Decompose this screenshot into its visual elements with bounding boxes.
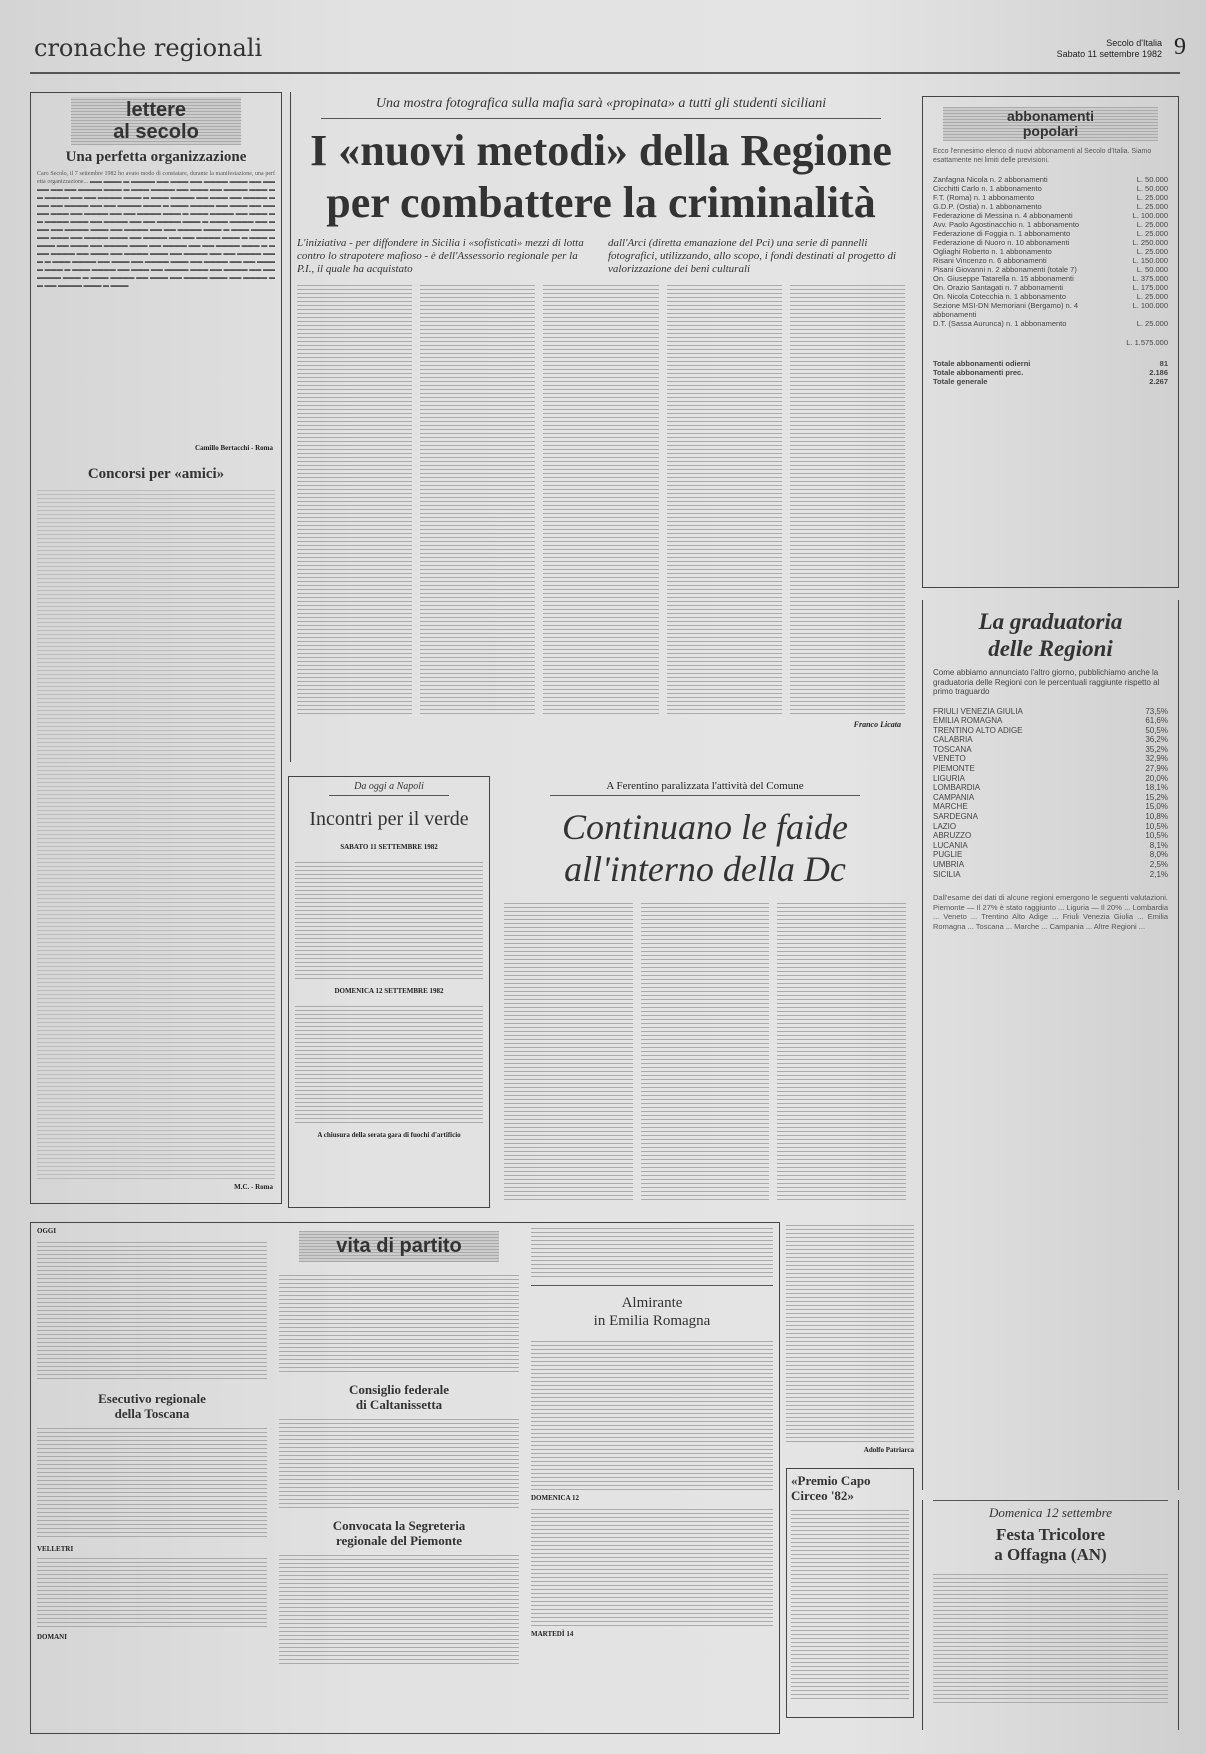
almirante-top-body xyxy=(531,1227,773,1277)
caltanissetta-title-line1: Consiglio federale xyxy=(279,1382,519,1397)
subscriptions-list: Zanfagna Nicola n. 2 abbonamentiL. 50.00… xyxy=(933,175,1168,328)
paper-name: Secolo d'Italia xyxy=(1057,38,1162,49)
napoli-title: Incontri per il verde xyxy=(289,808,489,831)
total-value: 2.267 xyxy=(1149,377,1168,386)
notices-oggi: OGGI xyxy=(37,1227,267,1235)
almirante-title-line2: in Emilia Romagna xyxy=(531,1312,773,1330)
subscriptions-totals: Totale abbonamenti odierni81Totale abbon… xyxy=(933,359,1168,386)
lead-deck-right: dall'Arci (diretta emanazione del Pci) u… xyxy=(608,237,905,276)
premio-title-line1: «Premio Capo xyxy=(791,1473,909,1488)
issue-date: Sabato 11 settembre 1982 xyxy=(1057,49,1162,60)
piemonte-title-line1: Convocata la Segreteria xyxy=(279,1518,519,1533)
subscription-row: Ogliaghi Roberto n. 1 abbonamentoL. 25.0… xyxy=(933,247,1168,256)
region-name: FRIULI VENEZIA GIULIA xyxy=(933,707,1023,717)
lead-headline-line1: I «nuovi metodi» della Regione xyxy=(291,125,911,177)
subscription-row: On. Orazio Santagati n. 7 abbonamentiL. … xyxy=(933,283,1168,292)
lead-col-5 xyxy=(790,284,905,714)
region-pct: 36,2% xyxy=(1145,735,1168,745)
letter2-signature: M.C. - Roma xyxy=(31,1183,273,1191)
ranking-title-line2: delle Regioni xyxy=(923,635,1178,662)
subscriptions-box: abbonamenti popolari Ecco l'ennesimo ele… xyxy=(922,96,1179,588)
region-name: PUGLIE xyxy=(933,850,962,860)
ranking-row: EMILIA ROMAGNA61,6% xyxy=(933,716,1168,726)
region-name: LIGURIA xyxy=(933,774,965,784)
ferentino-col-2 xyxy=(641,900,770,1200)
subscription-name: Sezione MSI-DN Memoriani (Bergamo) n. 4 … xyxy=(933,301,1093,319)
page-number: 9 xyxy=(1174,34,1186,61)
total-label: Totale generale xyxy=(933,377,987,386)
subscription-row: Pisani Giovanni n. 2 abbonamenti (totale… xyxy=(933,265,1168,274)
region-name: LOMBARDIA xyxy=(933,783,980,793)
masthead-rule xyxy=(30,72,1180,74)
letter1-title: Una perfetta organizzazione xyxy=(51,149,261,166)
subscription-amount: L. 100.000 xyxy=(1133,211,1168,220)
subscription-name: D.T. (Sassa Aurunca) n. 1 abbonamento xyxy=(933,319,1066,328)
ranking-row: SICILIA2,1% xyxy=(933,870,1168,880)
subscription-name: Zanfagna Nicola n. 2 abbonamenti xyxy=(933,175,1048,184)
subscription-name: Federazione di Messina n. 4 abbonamenti xyxy=(933,211,1073,220)
subscriptions-intro: Ecco l'ennesimo elenco di nuovi abboname… xyxy=(933,147,1168,165)
ranking-row: LIGURIA20,0% xyxy=(933,774,1168,784)
lead-headline-line2: per combattere la criminalità xyxy=(291,177,911,229)
toscana-title: Esecutivo regionale della Toscana xyxy=(37,1391,267,1421)
ferentino-headline: Continuano le faide all'interno della Dc xyxy=(500,806,910,890)
napoli-kicker: Da oggi a Napoli xyxy=(329,781,449,796)
subscription-amount: L. 25.000 xyxy=(1137,292,1168,301)
almirante-body xyxy=(531,1340,773,1490)
toscana-body xyxy=(37,1427,267,1537)
festa-program xyxy=(933,1573,1168,1703)
almirante-martedi: MARTEDÌ 14 xyxy=(531,1630,773,1638)
subscription-name: Risani Vincenzo n. 6 abbonamenti xyxy=(933,256,1047,265)
subscription-name: Ogliaghi Roberto n. 1 abbonamento xyxy=(933,247,1052,256)
region-name: LAZIO xyxy=(933,822,956,832)
napoli-program1 xyxy=(295,859,483,979)
subscription-name: Pisani Giovanni n. 2 abbonamenti (totale… xyxy=(933,265,1077,274)
festa-section: Domenica 12 settembre Festa Tricolore a … xyxy=(922,1500,1179,1730)
region-pct: 50,5% xyxy=(1145,726,1168,736)
festa-kicker: Domenica 12 settembre xyxy=(933,1500,1168,1521)
region-pct: 2,1% xyxy=(1150,870,1168,880)
lead-article: Una mostra fotografica sulla mafia sarà … xyxy=(290,92,911,762)
subscription-name: On. Nicola Cotecchia n. 1 abbonamento xyxy=(933,292,1066,301)
subscription-total-row: Totale generale2.267 xyxy=(933,377,1168,386)
napoli-box: Da oggi a Napoli Incontri per il verde S… xyxy=(288,776,490,1208)
notices-column: OGGI Esecutivo regionale della Toscana V… xyxy=(37,1227,267,1727)
ranking-commentary: Dall'esame dei dati di alcune regioni em… xyxy=(933,893,1168,1323)
total-value: 2.186 xyxy=(1149,368,1168,377)
subscription-row: On. Nicola Cotecchia n. 1 abbonamentoL. … xyxy=(933,292,1168,301)
subscription-amount: L. 100.000 xyxy=(1133,301,1168,319)
subscriptions-total-amount: L. 1.575.000 xyxy=(1126,338,1168,347)
subscriptions-header: abbonamenti popolari xyxy=(943,107,1158,141)
ranking-row: VENETO32,9% xyxy=(933,754,1168,764)
ranking-title: La graduatoria delle Regioni xyxy=(923,608,1178,662)
patriarca-signature: Adolfo Patriarca xyxy=(786,1446,914,1454)
region-name: SARDEGNA xyxy=(933,812,978,822)
region-pct: 8,1% xyxy=(1150,841,1168,851)
masthead-info: Secolo d'Italia Sabato 11 settembre 1982 xyxy=(1057,38,1162,60)
toscana-title-line1: Esecutivo regionale xyxy=(37,1391,267,1406)
subscription-amount: L. 250.000 xyxy=(1133,238,1168,247)
total-value: 81 xyxy=(1160,359,1168,368)
piemonte-body xyxy=(279,1554,519,1664)
subscription-amount: L. 375.000 xyxy=(1133,274,1168,283)
subscription-amount: L. 175.000 xyxy=(1133,283,1168,292)
napoli-closing: A chiusura della serata gara di fuochi d… xyxy=(289,1131,489,1139)
premio-title-line2: Circeo '82» xyxy=(791,1488,909,1503)
lead-deck-left: L'iniziativa - per diffondere in Sicilia… xyxy=(297,237,594,276)
ferentino-kicker: A Ferentino paralizzata l'attività del C… xyxy=(550,780,860,796)
napoli-day1: SABATO 11 SETTEMBRE 1982 xyxy=(289,843,489,851)
region-pct: 27,9% xyxy=(1145,764,1168,774)
subscription-total-row: Totale abbonamenti prec.2.186 xyxy=(933,368,1168,377)
premio-body xyxy=(791,1509,909,1699)
lead-col-2 xyxy=(420,284,535,714)
subscription-amount: L. 25.000 xyxy=(1137,193,1168,202)
subscription-name: Avv. Paolo Agostinacchio n. 1 abbonament… xyxy=(933,220,1079,229)
letters-box: lettere al secolo Una perfetta organizza… xyxy=(30,92,282,1204)
region-pct: 8,0% xyxy=(1150,850,1168,860)
piemonte-title-line2: regionale del Piemonte xyxy=(279,1533,519,1548)
region-name: ABRUZZO xyxy=(933,831,971,841)
subscription-row: Federazione di Nuoro n. 10 abbonamentiL.… xyxy=(933,238,1168,247)
ranking-row: LAZIO10,5% xyxy=(933,822,1168,832)
ferentino-body xyxy=(504,900,906,1200)
subscription-name: G.D.P. (Ostia) n. 1 abbonamento xyxy=(933,202,1042,211)
subscription-amount: L. 25.000 xyxy=(1137,319,1168,328)
subscription-row: Risani Vincenzo n. 6 abbonamentiL. 150.0… xyxy=(933,256,1168,265)
velletri-body xyxy=(37,1557,267,1627)
region-name: LUCANIA xyxy=(933,841,968,851)
vita-partito-column: vita di partito Consiglio federale di Ca… xyxy=(279,1227,519,1727)
almirante-title-line1: Almirante xyxy=(531,1294,773,1312)
premio-title: «Premio Capo Circeo '82» xyxy=(791,1473,909,1503)
subscription-row: G.D.P. (Ostia) n. 1 abbonamentoL. 25.000 xyxy=(933,202,1168,211)
letter1-body: Caro Secolo, il 7 settembre 1982 ho avut… xyxy=(37,170,275,440)
letters-header-line1: lettere xyxy=(71,99,241,121)
toscana-title-line2: della Toscana xyxy=(37,1406,267,1421)
ranking-intro: Come abbiamo annunciato l'altro giorno, … xyxy=(933,668,1168,697)
patriarca-column: Adolfo Patriarca «Premio Capo Circeo '82… xyxy=(786,1222,914,1732)
subscriptions-total: L. 1.575.000 xyxy=(933,338,1168,347)
subscription-name: On. Orazio Santagati n. 7 abbonamenti xyxy=(933,283,1063,292)
almirante-domenica: DOMENICA 12 xyxy=(531,1494,773,1502)
ranking-row: TOSCANA35,2% xyxy=(933,745,1168,755)
subscriptions-header-line2: popolari xyxy=(943,124,1158,139)
subscription-row: Zanfagna Nicola n. 2 abbonamentiL. 50.00… xyxy=(933,175,1168,184)
festa-title-line1: Festa Tricolore xyxy=(923,1525,1178,1545)
ranking-row: PIEMONTE27,9% xyxy=(933,764,1168,774)
subscription-name: Federazione di Nuoro n. 10 abbonamenti xyxy=(933,238,1069,247)
almirante-title: Almirante in Emilia Romagna xyxy=(531,1294,773,1330)
bottom-box: OGGI Esecutivo regionale della Toscana V… xyxy=(30,1222,780,1734)
total-label: Totale abbonamenti prec. xyxy=(933,368,1023,377)
caltanissetta-body xyxy=(279,1418,519,1508)
ranking-row: SARDEGNA10,8% xyxy=(933,812,1168,822)
subscription-name: F.T. (Roma) n. 1 abbonamento xyxy=(933,193,1034,202)
region-name: MARCHE xyxy=(933,802,968,812)
newspaper-page: cronache regionali Secolo d'Italia Sabat… xyxy=(0,0,1206,1754)
lead-signature: Franco Licata xyxy=(291,720,901,729)
subscription-amount: L. 50.000 xyxy=(1137,184,1168,193)
total-label: Totale abbonamenti odierni xyxy=(933,359,1030,368)
piemonte-title: Convocata la Segreteria regionale del Pi… xyxy=(279,1518,519,1548)
lead-col-4 xyxy=(667,284,782,714)
subscription-row: Sezione MSI-DN Memoriani (Bergamo) n. 4 … xyxy=(933,301,1168,319)
subscription-row: Cicchitti Carlo n. 1 abbonamentoL. 50.00… xyxy=(933,184,1168,193)
region-pct: 15,2% xyxy=(1145,793,1168,803)
patriarca-body xyxy=(786,1222,914,1442)
lead-headline: I «nuovi metodi» della Regione per comba… xyxy=(291,125,911,229)
region-pct: 61,6% xyxy=(1145,716,1168,726)
ranking-row: TRENTINO ALTO ADIGE50,5% xyxy=(933,726,1168,736)
region-pct: 32,9% xyxy=(1145,754,1168,764)
region-name: UMBRIA xyxy=(933,860,964,870)
ranking-row: CAMPANIA15,2% xyxy=(933,793,1168,803)
region-pct: 73,5% xyxy=(1145,707,1168,717)
region-pct: 2,5% xyxy=(1150,860,1168,870)
ferentino-article: A Ferentino paralizzata l'attività del C… xyxy=(500,776,910,1206)
region-pct: 20,0% xyxy=(1145,774,1168,784)
vita-partito-body xyxy=(279,1272,519,1372)
region-name: PIEMONTE xyxy=(933,764,975,774)
almirante-rule xyxy=(531,1285,773,1286)
ranking-row: CALABRIA36,2% xyxy=(933,735,1168,745)
festa-title: Festa Tricolore a Offagna (AN) xyxy=(923,1525,1178,1565)
ranking-row: PUGLIE8,0% xyxy=(933,850,1168,860)
subscription-amount: L. 25.000 xyxy=(1137,220,1168,229)
region-pct: 15,0% xyxy=(1145,802,1168,812)
festa-title-line2: a Offagna (AN) xyxy=(923,1545,1178,1565)
subscription-name: Federazione di Foggia n. 1 abbonamento xyxy=(933,229,1070,238)
subscription-total-row: Totale abbonamenti odierni81 xyxy=(933,359,1168,368)
letter2-body xyxy=(37,489,275,1179)
region-name: TOSCANA xyxy=(933,745,972,755)
subscription-row: Federazione di Messina n. 4 abbonamentiL… xyxy=(933,211,1168,220)
ranking-row: ABRUZZO10,5% xyxy=(933,831,1168,841)
ranking-row: FRIULI VENEZIA GIULIA73,5% xyxy=(933,707,1168,717)
region-name: TRENTINO ALTO ADIGE xyxy=(933,726,1023,736)
lead-col-3 xyxy=(543,284,658,714)
subscription-row: F.T. (Roma) n. 1 abbonamentoL. 25.000 xyxy=(933,193,1168,202)
region-name: EMILIA ROMAGNA xyxy=(933,716,1002,726)
napoli-day2: DOMENICA 12 SETTEMBRE 1982 xyxy=(289,987,489,995)
vita-partito-header: vita di partito xyxy=(299,1231,499,1262)
subscription-row: On. Giuseppe Tatarella n. 15 abbonamenti… xyxy=(933,274,1168,283)
subscription-amount: L. 25.000 xyxy=(1137,229,1168,238)
region-pct: 10,5% xyxy=(1145,831,1168,841)
ferentino-col-3 xyxy=(777,900,906,1200)
lead-kicker: Una mostra fotografica sulla mafia sarà … xyxy=(321,96,881,119)
subscription-row: Federazione di Foggia n. 1 abbonamentoL.… xyxy=(933,229,1168,238)
region-pct: 10,5% xyxy=(1145,822,1168,832)
almirante-domenica-body xyxy=(531,1506,773,1626)
ranking-section: La graduatoria delle Regioni Come abbiam… xyxy=(922,600,1179,1490)
caltanissetta-title-line2: di Caltanissetta xyxy=(279,1397,519,1412)
subscription-row: D.T. (Sassa Aurunca) n. 1 abbonamentoL. … xyxy=(933,319,1168,328)
region-name: CAMPANIA xyxy=(933,793,974,803)
letters-header: lettere al secolo xyxy=(71,97,241,145)
ferentino-headline-line1: Continuano le faide xyxy=(500,806,910,848)
ferentino-headline-line2: all'interno della Dc xyxy=(500,848,910,890)
ranking-title-line1: La graduatoria xyxy=(923,608,1178,635)
letter1-signature: Camillo Bertacchi - Roma xyxy=(31,444,273,452)
caltanissetta-title: Consiglio federale di Caltanissetta xyxy=(279,1382,519,1412)
subscription-amount: L. 50.000 xyxy=(1137,265,1168,274)
subscriptions-header-line1: abbonamenti xyxy=(943,109,1158,124)
subscription-row: Avv. Paolo Agostinacchio n. 1 abbonament… xyxy=(933,220,1168,229)
subscription-amount: L. 25.000 xyxy=(1137,202,1168,211)
subscription-name: Cicchitti Carlo n. 1 abbonamento xyxy=(933,184,1042,193)
region-name: VENETO xyxy=(933,754,966,764)
notices-oggi-list xyxy=(37,1239,267,1379)
region-pct: 18,1% xyxy=(1145,783,1168,793)
subscription-amount: L. 25.000 xyxy=(1137,247,1168,256)
letters-header-line2: al secolo xyxy=(71,121,241,143)
lead-col-1 xyxy=(297,284,412,714)
ranking-row: LUCANIA8,1% xyxy=(933,841,1168,851)
letter2-title: Concorsi per «amici» xyxy=(41,466,271,483)
ranking-list: FRIULI VENEZIA GIULIA73,5%EMILIA ROMAGNA… xyxy=(933,707,1168,880)
napoli-program2 xyxy=(295,1003,483,1123)
subscription-amount: L. 150.000 xyxy=(1133,256,1168,265)
ferentino-col-1 xyxy=(504,900,633,1200)
subscription-amount: L. 50.000 xyxy=(1137,175,1168,184)
almirante-column: Almirante in Emilia Romagna DOMENICA 12 … xyxy=(531,1227,773,1727)
lead-deck: L'iniziativa - per diffondere in Sicilia… xyxy=(297,237,905,276)
notices-domani: DOMANI xyxy=(37,1633,267,1641)
notices-velletri: VELLETRI xyxy=(37,1545,267,1553)
subscription-name: On. Giuseppe Tatarella n. 15 abbonamenti xyxy=(933,274,1074,283)
ranking-row: MARCHE15,0% xyxy=(933,802,1168,812)
lead-body-columns xyxy=(297,284,905,714)
ranking-row: LOMBARDIA18,1% xyxy=(933,783,1168,793)
region-name: CALABRIA xyxy=(933,735,973,745)
ranking-row: UMBRIA2,5% xyxy=(933,860,1168,870)
region-pct: 10,8% xyxy=(1145,812,1168,822)
section-title: cronache regionali xyxy=(34,34,262,62)
region-pct: 35,2% xyxy=(1145,745,1168,755)
region-name: SICILIA xyxy=(933,870,961,880)
premio-box: «Premio Capo Circeo '82» xyxy=(786,1468,914,1718)
